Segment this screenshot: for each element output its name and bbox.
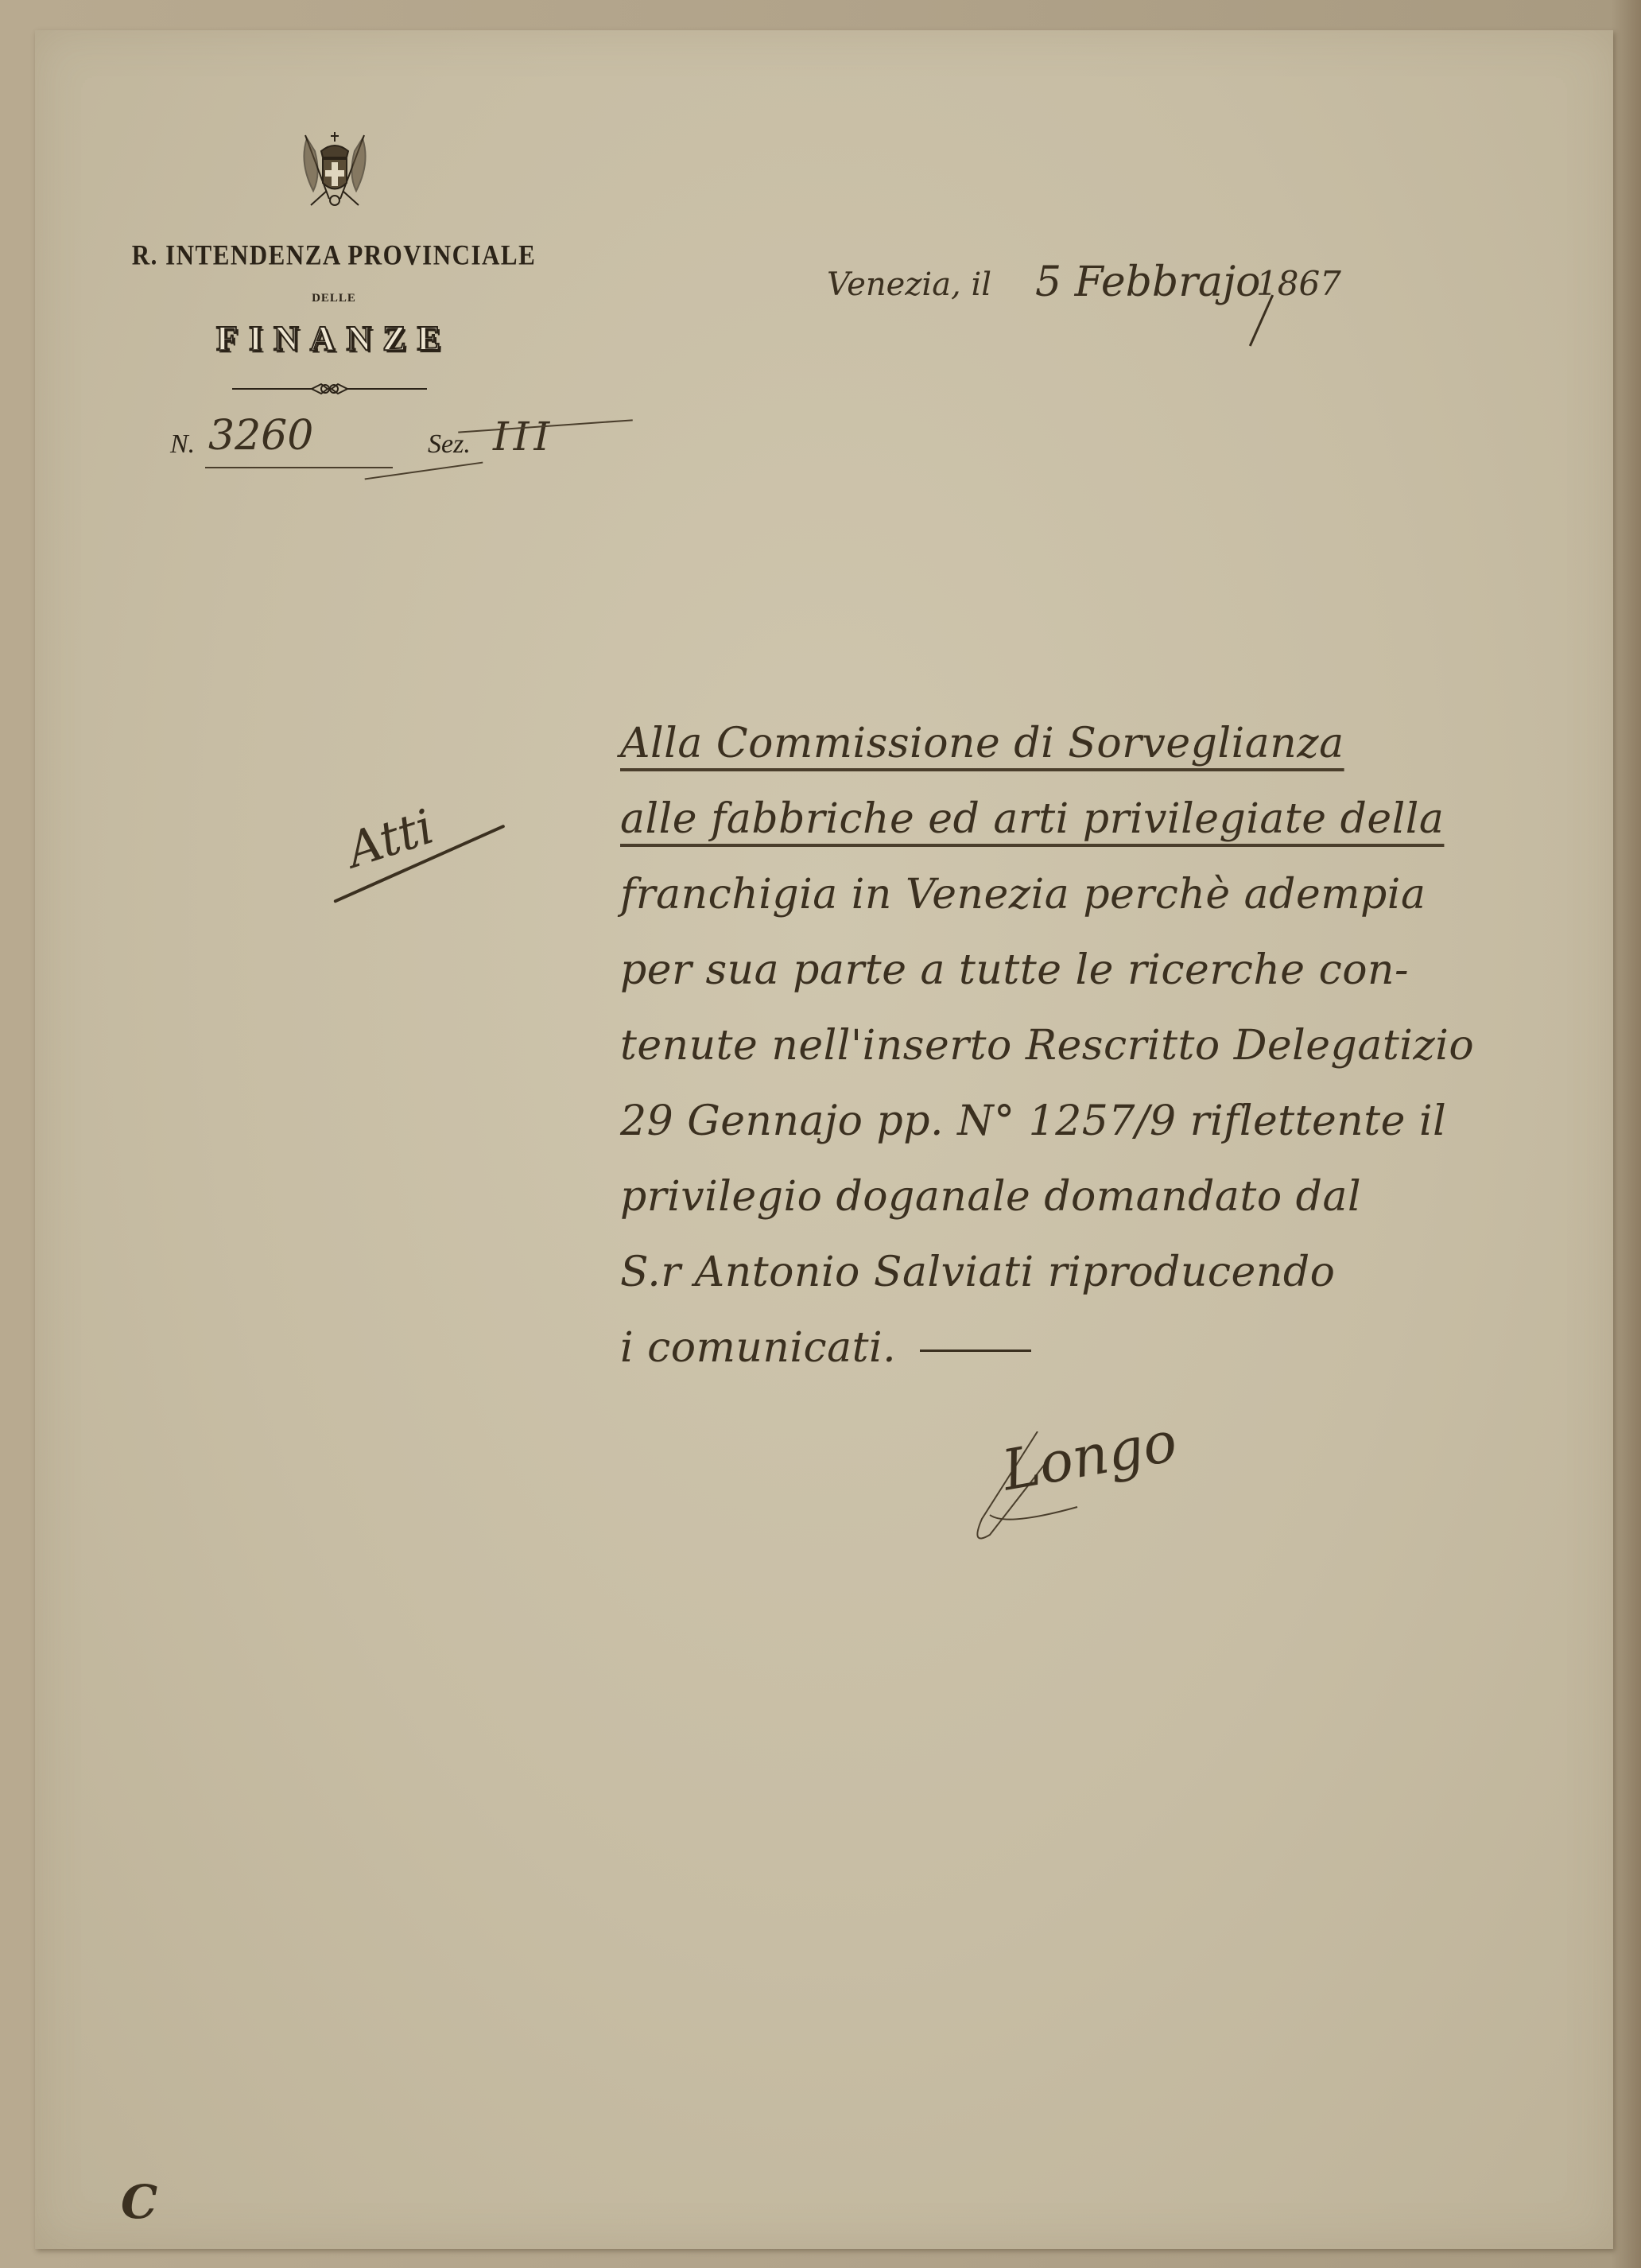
section-value: III [493, 414, 554, 460]
body-line-1: Alla Commissione di Sorveglianza [620, 720, 1606, 795]
protocol-number-value: 3260 [208, 412, 313, 460]
body-line-7: privilegio doganale domandato dal [620, 1173, 1606, 1249]
letter-body: Alla Commissione di Sorveglianza alle fa… [620, 720, 1606, 1400]
protocol-number-underline [205, 467, 393, 468]
letterhead-office-name: R. INTENDENZA PROVINCIALE [119, 239, 549, 271]
body-line-8: S.r Antonio Salviati riproducendo [620, 1249, 1606, 1324]
body-line-6: 29 Gennajo pp. N° 1257/9 riflettente il [620, 1097, 1606, 1173]
body-line-4: per sua parte a tutte le ricerche con- [620, 946, 1606, 1022]
body-line-5: tenute nell'inserto Rescritto Delegatizi… [620, 1022, 1606, 1097]
section-label: Sez. [428, 429, 471, 460]
body-line-2: alle fabbriche ed arti privilegiate dell… [620, 795, 1606, 871]
protocol-number-label: N. [170, 429, 195, 460]
body-line-3: franchigia in Venezia perchè adempia [620, 871, 1606, 946]
savoy-coat-of-arms-icon [291, 127, 378, 211]
corner-mark: C [121, 2175, 157, 2229]
dateline-place: Venezia, il [827, 266, 991, 303]
letterhead-delle: DELLE [119, 292, 549, 305]
dateline-day-month: 5 Febbrajo [1035, 258, 1261, 306]
right-edge-shadow [1611, 0, 1641, 2268]
body-line-9: i comunicati. [620, 1324, 1606, 1400]
letterhead-finanze: FINANZE [119, 318, 549, 359]
closing-dash [920, 1350, 1031, 1352]
dateline-year: 1867 [1256, 264, 1341, 303]
ornamental-divider-icon [232, 380, 427, 398]
